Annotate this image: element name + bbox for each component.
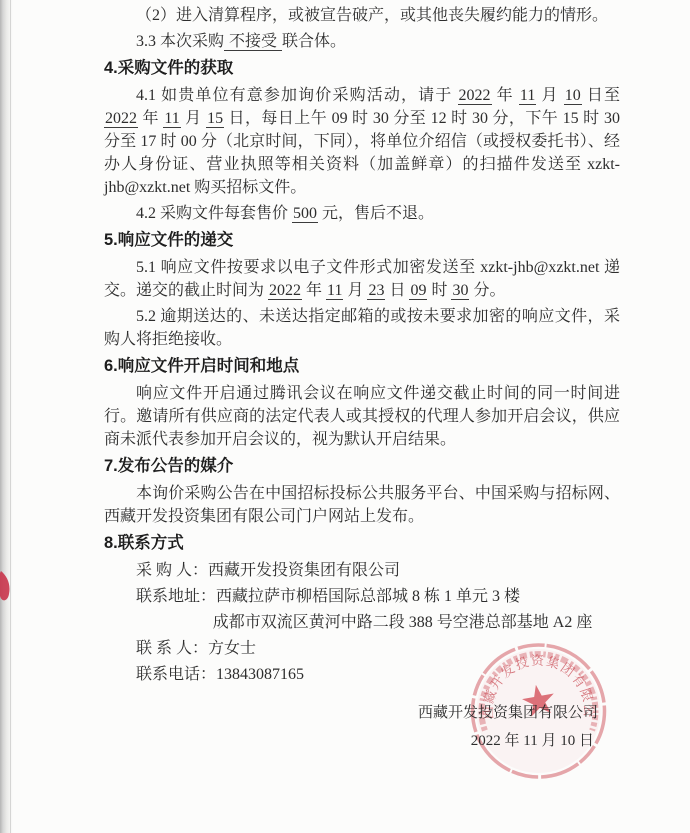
text-segment: 年: [492, 87, 519, 104]
section-heading: 4.采购文件的获取: [104, 57, 620, 80]
doc-paragraph: 联系电话：13843087165: [104, 663, 620, 686]
text-segment: 5.响应文件的递交: [104, 231, 233, 249]
text-segment: 月: [536, 87, 563, 104]
underlined-field: 09: [409, 282, 427, 300]
text-segment: 月: [181, 110, 206, 127]
text-segment: 采 购 人：西藏开发投资集团有限公司: [136, 562, 400, 579]
text-segment: 年: [138, 110, 163, 127]
text-segment: 联系电话：13843087165: [136, 666, 304, 683]
doc-paragraph: 5.1 响应文件按要求以电子文件形式加密发送至 xzkt-jhb@xzkt.ne…: [104, 256, 620, 302]
text-segment: 4.1 如贵单位有意参加询价采购活动，请于: [136, 87, 458, 104]
text-segment: 元，售后不退。: [318, 205, 434, 222]
underlined-field: 30: [451, 282, 469, 300]
signature-date: 2022 年 11 月 10 日: [104, 730, 594, 753]
text-segment: 分。: [469, 282, 505, 299]
doc-paragraph: 响应文件开启通过腾讯会议在响应文件递交截止时间的同一时间进行。邀请所有供应商的法…: [104, 382, 620, 451]
doc-paragraph: 联 系 人：方女士: [104, 637, 620, 660]
underlined-field: 10: [564, 87, 582, 105]
doc-paragraph: 4.2 采购文件每套售价 500 元，售后不退。: [104, 202, 620, 225]
section-heading: 5.响应文件的递交: [104, 229, 620, 252]
scan-edge-line: [10, 0, 11, 833]
doc-paragraph: 采 购 人：西藏开发投资集团有限公司: [104, 559, 620, 582]
doc-paragraph: （2）进入清算程序，或被宣告破产，或其他丧失履约能力的情形。: [104, 4, 620, 27]
text-segment: 日至: [582, 87, 620, 104]
text-segment: 时: [427, 282, 451, 299]
document-body: （2）进入清算程序，或被宣告破产，或其他丧失履约能力的情形。3.3 本次采购 不…: [104, 4, 620, 686]
doc-paragraph: 本询价采购公告在中国招标投标公共服务平台、中国采购与招标网、西藏开发投资集团有限…: [104, 482, 620, 528]
signature-block: 西藏开发投资集团有限公司 2022 年 11 月 10 日: [104, 702, 620, 753]
text-segment: 联 系 人：方女士: [136, 640, 256, 657]
underlined-field: 11: [163, 110, 180, 128]
underlined-field: 2022: [458, 87, 492, 105]
text-segment: 联系地址：西藏拉萨市柳梧国际总部城 8 栋 1 单元 3 楼: [136, 588, 520, 605]
text-segment: 5.2 逾期送达的、未送达指定邮箱的或按未要求加密的响应文件，采购人将拒绝接收。: [104, 308, 620, 348]
scanned-document-page: （2）进入清算程序，或被宣告破产，或其他丧失履约能力的情形。3.3 本次采购 不…: [0, 0, 690, 833]
underlined-field: 11: [326, 282, 343, 300]
doc-paragraph: 5.2 逾期送达的、未送达指定邮箱的或按未要求加密的响应文件，采购人将拒绝接收。: [104, 305, 620, 351]
text-segment: 响应文件开启通过腾讯会议在响应文件递交截止时间的同一时间进行。邀请所有供应商的法…: [104, 385, 620, 448]
text-segment: 8.联系方式: [104, 534, 184, 552]
text-segment: 3.3 本次采购: [136, 33, 224, 50]
section-heading: 7.发布公告的媒介: [104, 455, 620, 478]
document-content: （2）进入清算程序，或被宣告破产，或其他丧失履约能力的情形。3.3 本次采购 不…: [104, 4, 620, 753]
text-segment: 4.2 采购文件每套售价: [136, 205, 292, 222]
text-segment: 月: [343, 282, 367, 299]
red-ink-mark: [0, 570, 14, 604]
text-segment: 联合体。: [282, 33, 346, 50]
text-segment: 4.采购文件的获取: [104, 59, 233, 77]
underlined-field: 500: [292, 205, 318, 223]
doc-paragraph: 成都市双流区黄河中路二段 388 号空港总部基地 A2 座: [104, 611, 620, 634]
underlined-field: 2022: [268, 282, 302, 300]
underlined-field: 11: [519, 87, 536, 105]
doc-paragraph: 联系地址：西藏拉萨市柳梧国际总部城 8 栋 1 单元 3 楼: [104, 585, 620, 608]
underlined-field: 15: [206, 110, 224, 128]
underlined-field: 不接受: [224, 33, 282, 51]
underlined-field: 2022: [104, 110, 138, 128]
text-segment: 成都市双流区黄河中路二段 388 号空港总部基地 A2 座: [213, 614, 593, 631]
section-heading: 6.响应文件开启时间和地点: [104, 355, 620, 378]
doc-paragraph: 4.1 如贵单位有意参加询价采购活动，请于 2022 年 11 月 10 日至 …: [104, 84, 620, 199]
doc-paragraph: 3.3 本次采购 不接受 联合体。: [104, 30, 620, 53]
text-segment: 本询价采购公告在中国招标投标公共服务平台、中国采购与招标网、西藏开发投资集团有限…: [104, 485, 620, 525]
text-segment: （2）进入清算程序，或被宣告破产，或其他丧失履约能力的情形。: [136, 7, 608, 24]
text-segment: 6.响应文件开启时间和地点: [104, 357, 299, 375]
scan-edge-shadow: [0, 0, 14, 833]
section-heading: 8.联系方式: [104, 532, 620, 555]
underlined-field: 23: [367, 282, 385, 300]
text-segment: 7.发布公告的媒介: [104, 457, 233, 475]
text-segment: 年: [302, 282, 326, 299]
signature-company: 西藏开发投资集团有限公司: [104, 702, 598, 725]
text-segment: 日: [385, 282, 409, 299]
